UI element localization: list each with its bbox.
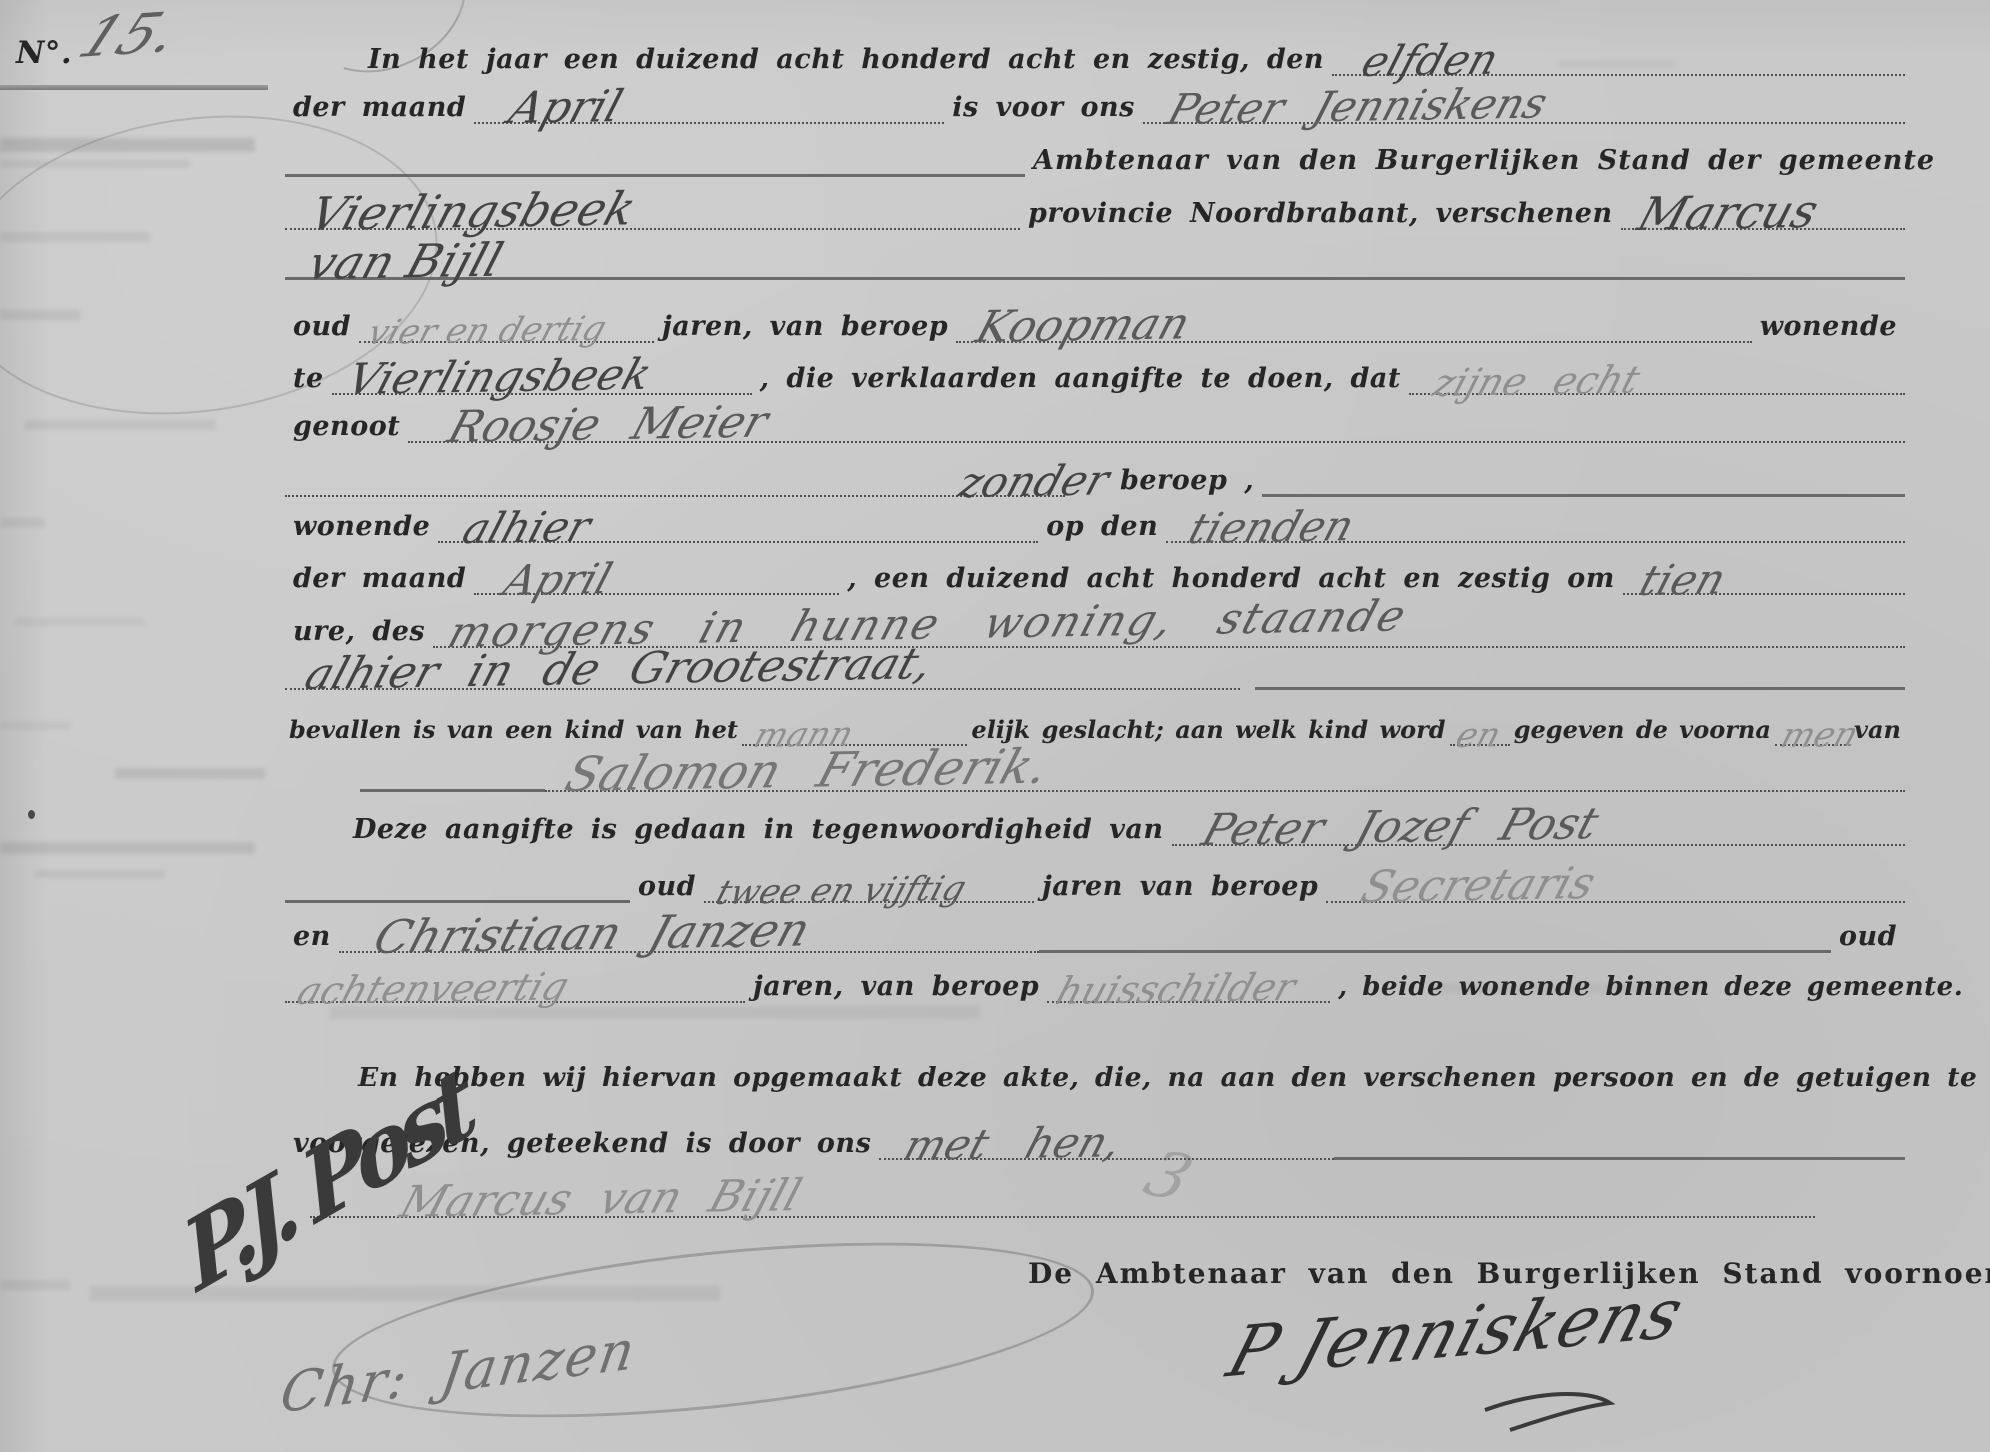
bleed-mark — [0, 232, 150, 242]
fill-in-line: Koopman — [956, 329, 1752, 343]
fill-in-line: Christiaan Janzen — [339, 939, 1039, 953]
fill-in-line: tienden — [1166, 529, 1905, 543]
bleed-mark — [0, 1280, 70, 1290]
form-line-3: Ambtenaar van den Burgerlijken Stand der… — [285, 131, 1905, 177]
bleed-mark — [35, 870, 165, 878]
ruled-line — [360, 777, 545, 792]
form-line-10: wonende alhier op den tienden — [285, 497, 1905, 543]
handwritten-spouse-phrase: zijne echt — [1429, 360, 1644, 402]
handwritten-declarant-age: vier en dertig — [364, 312, 610, 350]
printed-text: In het jaar een duizend acht honderd ach… — [360, 46, 1332, 76]
printed-text: en — [285, 923, 339, 953]
ink-dot-artifact — [28, 810, 35, 819]
handwritten-registrar-name: Peter Jenniskens — [1163, 82, 1552, 131]
ruled-line — [1262, 482, 1905, 497]
bleed-mark — [25, 420, 215, 430]
printed-text: , een duizend acht honderd acht en zesti… — [839, 565, 1623, 595]
fill-in-line: Peter Jenniskens — [1143, 110, 1905, 124]
form-line-5: van Bijll — [285, 234, 1905, 280]
fill-in-line: alhier — [438, 529, 1038, 543]
handwritten-witness2-occupation: huisschilder — [1052, 968, 1300, 1010]
fill-in-line: Salomon Frederik. — [545, 778, 1905, 792]
printed-text: jaren van beroep — [1034, 873, 1326, 903]
handwritten-declarant-residence: Vierlingsbeek — [342, 354, 656, 402]
printed-text: , beide wonende binnen deze gemeente. — [1330, 974, 1971, 1003]
form-line-12: ure, des morgens in hunne woning, staand… — [285, 602, 1905, 648]
form-line-7: te Vierlingsbeek , die verklaarden aangi… — [285, 349, 1905, 395]
bleed-mark — [0, 518, 45, 527]
form-line-8: genoot Roosje Meier — [285, 397, 1905, 443]
fill-in-line: tien — [1623, 581, 1905, 595]
handwritten-birth-address: alhier in de Grootestraat, — [300, 642, 938, 697]
fill-in-line: alhier in de Grootestraat, — [285, 676, 1240, 690]
printed-text: gegeven de voorna — [1510, 718, 1775, 746]
fill-in-line: zijne echt — [1409, 381, 1905, 395]
fill-in-line: huisschilder — [1047, 989, 1330, 1003]
form-line-17: oud twee en vijftig jaren van beroep Sec… — [285, 857, 1905, 903]
form-line-16: Deze aangifte is gedaan in tegenwoordigh… — [285, 800, 1905, 846]
ruled-line: van Bijll — [285, 265, 1905, 280]
bleed-mark — [0, 138, 255, 152]
bleed-mark — [0, 310, 80, 320]
handwritten-declarant-surname: van Bijll — [303, 237, 508, 286]
printed-text: wonende — [1752, 313, 1905, 343]
fill-in-line: achtenveertig — [285, 989, 745, 1003]
closing-statement: De Ambtenaar van den Burgerlijken Stand … — [1020, 1260, 1910, 1288]
handwritten-child-names: Salomon Frederik. — [560, 743, 1054, 799]
fill-in-line: Secretaris — [1326, 889, 1905, 903]
fill-in-line: Marcus — [1621, 216, 1905, 230]
ruled-line — [1255, 675, 1905, 690]
handwritten-mother-residence: alhier — [458, 506, 595, 550]
printed-text: En hebben wij hiervan opgemaakt deze akt… — [350, 1065, 1990, 1095]
ruled-line — [285, 162, 1025, 177]
registrar-signature: P Jenniskens — [1220, 1279, 1691, 1388]
printed-text: De Ambtenaar van den Burgerlijken Stand … — [1020, 1257, 1990, 1293]
registrar-signature-flourish — [1480, 1385, 1620, 1435]
printed-text: te — [285, 365, 332, 395]
form-line-22: Marcus van Bijll — [310, 1172, 1815, 1218]
ruled-line — [1039, 938, 1831, 953]
handwritten-witness1-name: Peter Jozef Post — [1197, 802, 1603, 853]
form-line-20: En hebben wij hiervan opgemaakt deze akt… — [350, 1048, 1910, 1094]
fill-in-line: Peter Jozef Post — [1172, 832, 1905, 846]
printed-text: , die verklaarden aangifte te doen, dat — [752, 365, 1409, 395]
printed-text: is voor ons — [944, 94, 1143, 124]
ruled-line — [1334, 1145, 1905, 1160]
fill-in-line: April — [474, 581, 839, 595]
fill-in-line: April — [474, 110, 944, 124]
fill-in-line: Marcus van Bijll — [310, 1204, 1815, 1218]
form-line-11: der maand April , een duizend acht honde… — [285, 549, 1905, 595]
printed-text: wonende — [285, 513, 438, 543]
printed-text: Ambtenaar van den Burgerlijken Stand der… — [1025, 147, 1943, 177]
handwritten-witness2-age: achtenveertig — [293, 967, 573, 1010]
form-line-9: zonder beroep , — [285, 451, 1905, 497]
witness1-signature: P.J. Post — [175, 1056, 477, 1307]
handwritten-month: April — [504, 85, 627, 131]
fill-in-line: twee en vijftig — [704, 889, 1034, 903]
form-line-15: Salomon Frederik. — [360, 746, 1905, 792]
fill-in-line: Roosje Meier — [408, 429, 1905, 443]
handwritten-mother-name: Roosje Meier — [443, 401, 773, 450]
handwritten-municipality: Vierlingsbeek — [305, 185, 641, 237]
form-line-19: achtenveertig jaren, van beroep huisschi… — [285, 957, 1905, 1003]
form-line-14: bevallen is van een kind van het mann el… — [285, 700, 1905, 746]
act-number-block: N°. — [8, 38, 80, 69]
fill-in-line: elfden — [1332, 62, 1905, 76]
fill-in-line: Vierlingsbeek — [332, 381, 752, 395]
printed-text: jaren, van beroep — [745, 973, 1047, 1003]
form-line-6: oud vier en dertig jaren, van beroep Koo… — [285, 297, 1905, 343]
fill-in-line: vier en dertig — [359, 329, 654, 343]
bleed-mark — [0, 160, 190, 168]
handwritten-birth-hour: tien — [1635, 559, 1731, 602]
printed-text: bevallen is van een kind van het — [285, 718, 742, 746]
fill-in-line: Vierlingsbeek — [285, 216, 1020, 230]
printed-text: der maand — [285, 565, 474, 595]
form-line-4: Vierlingsbeek provincie Noordbrabant, ve… — [285, 184, 1905, 230]
handwritten-witness1-occupation: Secretaris — [1356, 862, 1600, 910]
printed-text: oud — [1831, 923, 1905, 953]
fill-in-line: men — [1775, 732, 1850, 746]
printed-text: jaren, van beroep — [654, 313, 956, 343]
printed-text: oud — [630, 873, 704, 903]
handwritten-declarant-firstname: Marcus — [1633, 188, 1824, 237]
bleed-mark — [15, 618, 145, 626]
printed-text: der maand — [285, 94, 474, 124]
bleed-mark — [115, 768, 265, 779]
handwritten-witness2-name: Christiaan Janzen — [369, 907, 816, 960]
printed-text: op den — [1038, 513, 1166, 543]
handwritten-birth-month: April — [499, 558, 617, 602]
act-number-rule — [0, 85, 268, 90]
fill-in-line: zonder — [285, 483, 1065, 497]
form-line-13: alhier in de Grootestraat, — [285, 644, 1905, 690]
form-line-1: In het jaar een duizend acht honderd ach… — [360, 30, 1905, 76]
handwritten-day-of-act: elfden — [1357, 39, 1503, 83]
form-line-21: voorgelezen, geteekend is door ons met h… — [285, 1114, 1905, 1160]
handwritten-birth-day: tienden — [1184, 505, 1359, 550]
printed-text: genoot — [285, 413, 408, 443]
fill-in-line: met hen, — [879, 1146, 1334, 1160]
handwritten-signed-with-them: met hen, — [899, 1121, 1126, 1167]
act-number-value: 15. — [71, 5, 189, 67]
fill-in-line: en — [1450, 732, 1510, 746]
handwritten-declarant-occupation: Koopman — [971, 302, 1195, 350]
bleed-mark — [0, 842, 255, 854]
form-line-18: en Christiaan Janzen oud — [285, 907, 1905, 953]
ruled-line — [285, 888, 630, 903]
printed-text: provincie Noordbrabant, verschenen — [1020, 200, 1621, 230]
scanned-birth-certificate: { "page": { "paper_color": "#c9c9c9", "p… — [0, 0, 1990, 1452]
printed-text: oud — [285, 313, 359, 343]
printed-text: Deze aangifte is gedaan in tegenwoordigh… — [345, 816, 1172, 846]
signature-flourish-loop — [324, 1212, 1102, 1447]
form-line-2: der maand April is voor ons Peter Jennis… — [285, 78, 1905, 124]
handwritten-declarant-signature-faint: Marcus van Bijll — [395, 1174, 806, 1225]
bleed-mark — [0, 722, 70, 730]
